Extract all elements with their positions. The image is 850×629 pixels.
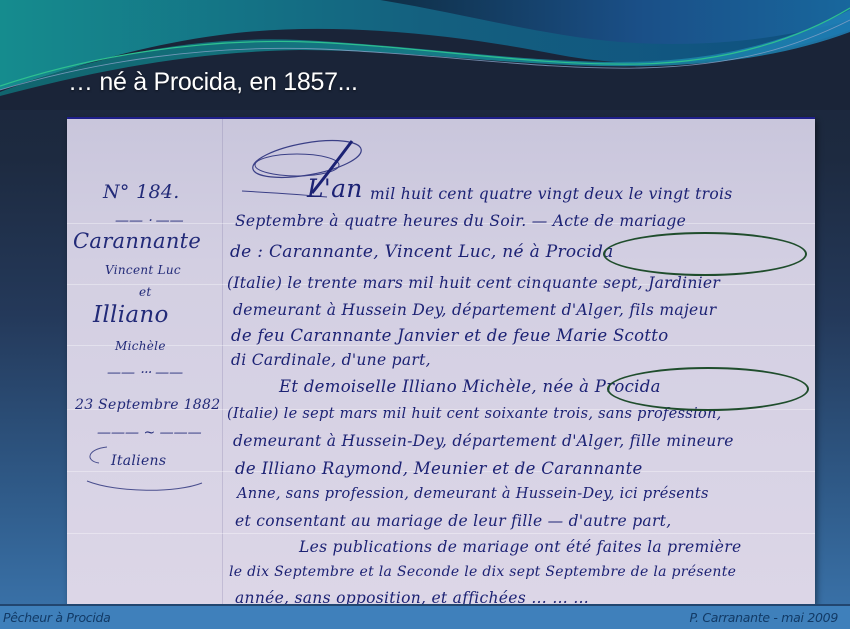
bride-given-name: Michèle: [115, 339, 166, 353]
document-line: demeurant à Hussein Dey, département d'A…: [233, 301, 717, 319]
marriage-certificate-scan: N° 184. —— ⸱ —— Carannante Vincent Luc e…: [67, 117, 815, 604]
ruled-line: [67, 533, 815, 534]
document-line: mil huit cent quatre vingt deux le vingt…: [370, 185, 733, 203]
margin-separator: —— ⸱⸱⸱ ——: [107, 363, 183, 382]
bride-surname: Illiano: [93, 302, 169, 328]
act-number: N° 184.: [103, 181, 180, 203]
margin-rule: [222, 119, 223, 604]
footer-left-text: Pêcheur à Procida: [3, 610, 111, 625]
document-line: demeurant à Hussein-Dey, département d'A…: [233, 432, 734, 450]
document-line: (Italie) le trente mars mil huit cent ci…: [227, 274, 720, 292]
groom-given-names: Vincent Luc: [105, 263, 181, 277]
initial-word: L'an: [307, 174, 363, 203]
document-line: et consentant au mariage de leur fille —…: [235, 512, 671, 530]
margin-conjunction: et: [139, 285, 152, 299]
highlight-oval-groom-birthplace: [603, 232, 807, 276]
document-line: Anne, sans profession, demeurant à Husse…: [237, 486, 709, 502]
document-line: Les publications de mariage ont été fait…: [299, 538, 741, 556]
groom-surname: Carannante: [73, 229, 201, 253]
document-line: de feu Carannante Janvier et de feue Mar…: [231, 326, 668, 345]
document-line: année, sans opposition, et affichées … ……: [235, 589, 589, 604]
ruled-line: [67, 345, 815, 346]
highlight-oval-bride-birthplace: [607, 367, 809, 411]
slide: … né à Procida, en 1857... N° 184. —— ⸱ …: [0, 0, 850, 629]
document-line: de Illiano Raymond, Meunier et de Carann…: [235, 459, 643, 478]
slide-title: … né à Procida, en 1857...: [68, 68, 358, 97]
document-line: le dix Septembre et la Seconde le dix se…: [229, 564, 736, 580]
document-line: de : Carannante, Vincent Luc, né à Proci…: [230, 242, 614, 262]
document-line: (Italie) le sept mars mil huit cent soix…: [227, 406, 722, 422]
margin-flourish: [77, 439, 207, 499]
document-line: Septembre à quatre heures du Soir. — Act…: [235, 212, 686, 230]
footer-right-text: P. Carranante - mai 2009: [689, 610, 838, 625]
document-line: Et demoiselle Illiano Michèle, née à Pro…: [279, 377, 661, 396]
margin-separator: —— ⸱ ——: [115, 211, 184, 230]
document-line: di Cardinale, d'une part,: [231, 351, 431, 369]
marriage-date: 23 Septembre 1882: [75, 397, 220, 413]
slide-footer: Pêcheur à Procida P. Carranante - mai 20…: [0, 604, 850, 629]
